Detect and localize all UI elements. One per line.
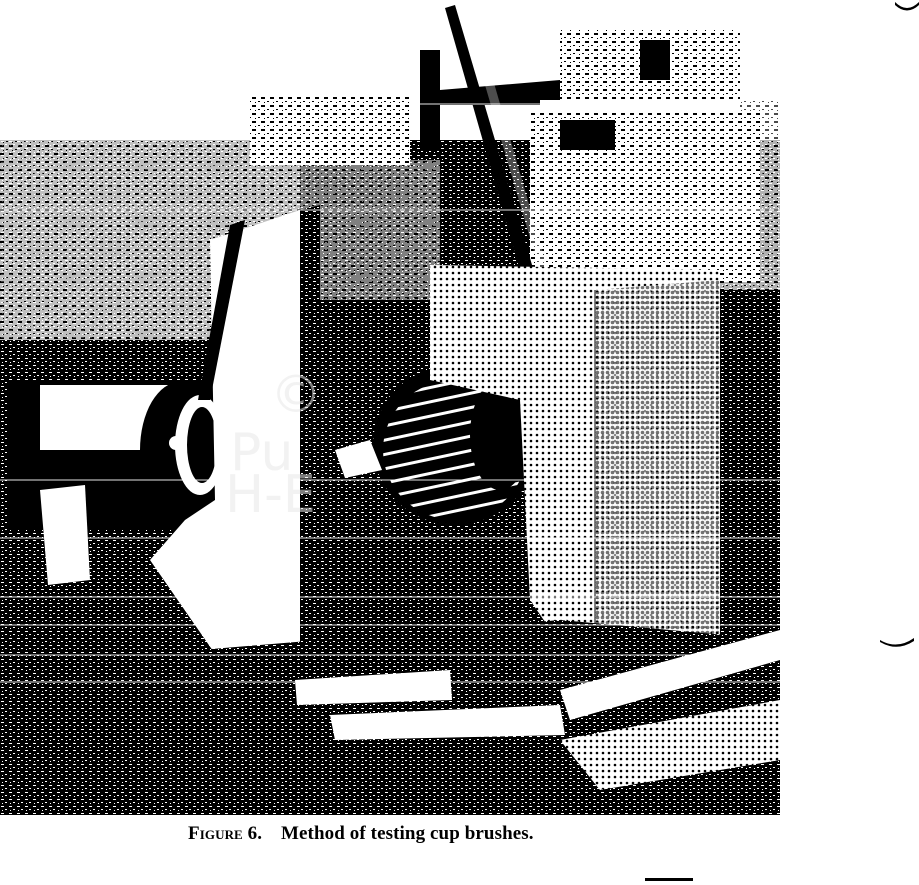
watermark-line-3: H-E <box>225 465 316 525</box>
watermark-line-1: © <box>270 365 322 425</box>
figure-label: Figure 6. <box>188 823 262 844</box>
figure-caption-text: Method of testing cup brushes. <box>281 823 534 844</box>
figure-caption: Figure 6. Method of testing cup brushes. <box>188 823 534 845</box>
margin-mark-top-right <box>895 0 919 14</box>
margin-mark-bottom <box>645 877 693 883</box>
figure-photograph: © Pu H-E <box>0 0 919 815</box>
margin-mark-right <box>880 638 914 650</box>
base-platform <box>200 620 780 815</box>
document-page: © Pu H-E Figure 6. Method of testing cup… <box>0 0 919 885</box>
